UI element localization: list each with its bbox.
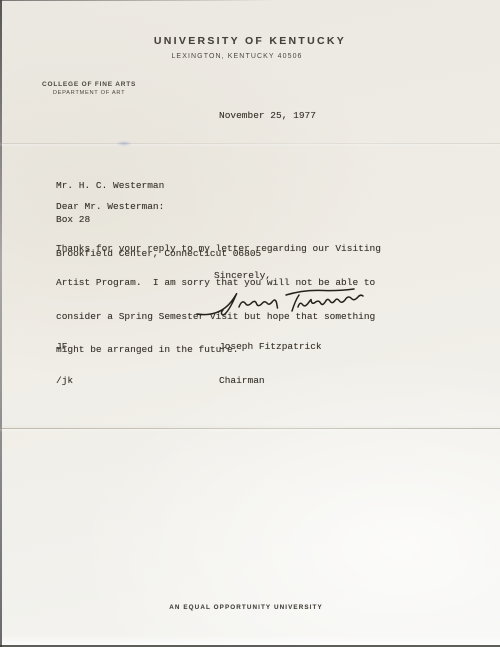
letterhead-college: COLLEGE OF FINE ARTS [42,81,136,88]
signer-name: Joseph Fitzpatrick [219,341,322,352]
letter-scan-page: UNIVERSITY OF KENTUCKY LEXINGTON, KENTUC… [0,0,500,647]
scan-edge-left [0,0,2,647]
letterhead-address: LEXINGTON, KENTUCKY 40506 [0,53,474,60]
typist-initials: /jk [56,375,79,386]
letterhead-department: DEPARTMENT OF ART [42,90,136,96]
reference-initials-block: JF /jk [56,319,79,409]
body-line: Thanks for your reply to my letter regar… [56,243,381,254]
fold-crease-upper [0,143,500,144]
handwritten-signature-icon [194,286,366,322]
scan-edge-bottom-highlight [2,635,500,645]
scan-edge-top [0,0,275,1]
recipient-name: Mr. H. C. Westerman [56,180,261,191]
letter-date: November 25, 1977 [219,110,316,121]
letterhead-university-name: UNIVERSITY OF KENTUCKY [0,35,500,47]
footer-slogan: AN EQUAL OPPORTUNITY UNIVERSITY [0,604,492,611]
salutation: Dear Mr. Westerman: [56,201,164,212]
signer-title: Chairman [219,375,322,386]
blue-ink-smudge [116,141,132,146]
author-initials: JF [56,341,79,352]
closing-salutation: Sincerely, [214,270,271,281]
signature-image [194,286,366,322]
fold-crease-lower [0,428,500,429]
letterhead-department-block: COLLEGE OF FINE ARTS DEPARTMENT OF ART [42,81,136,96]
signer-block: Joseph Fitzpatrick Chairman [219,319,322,409]
